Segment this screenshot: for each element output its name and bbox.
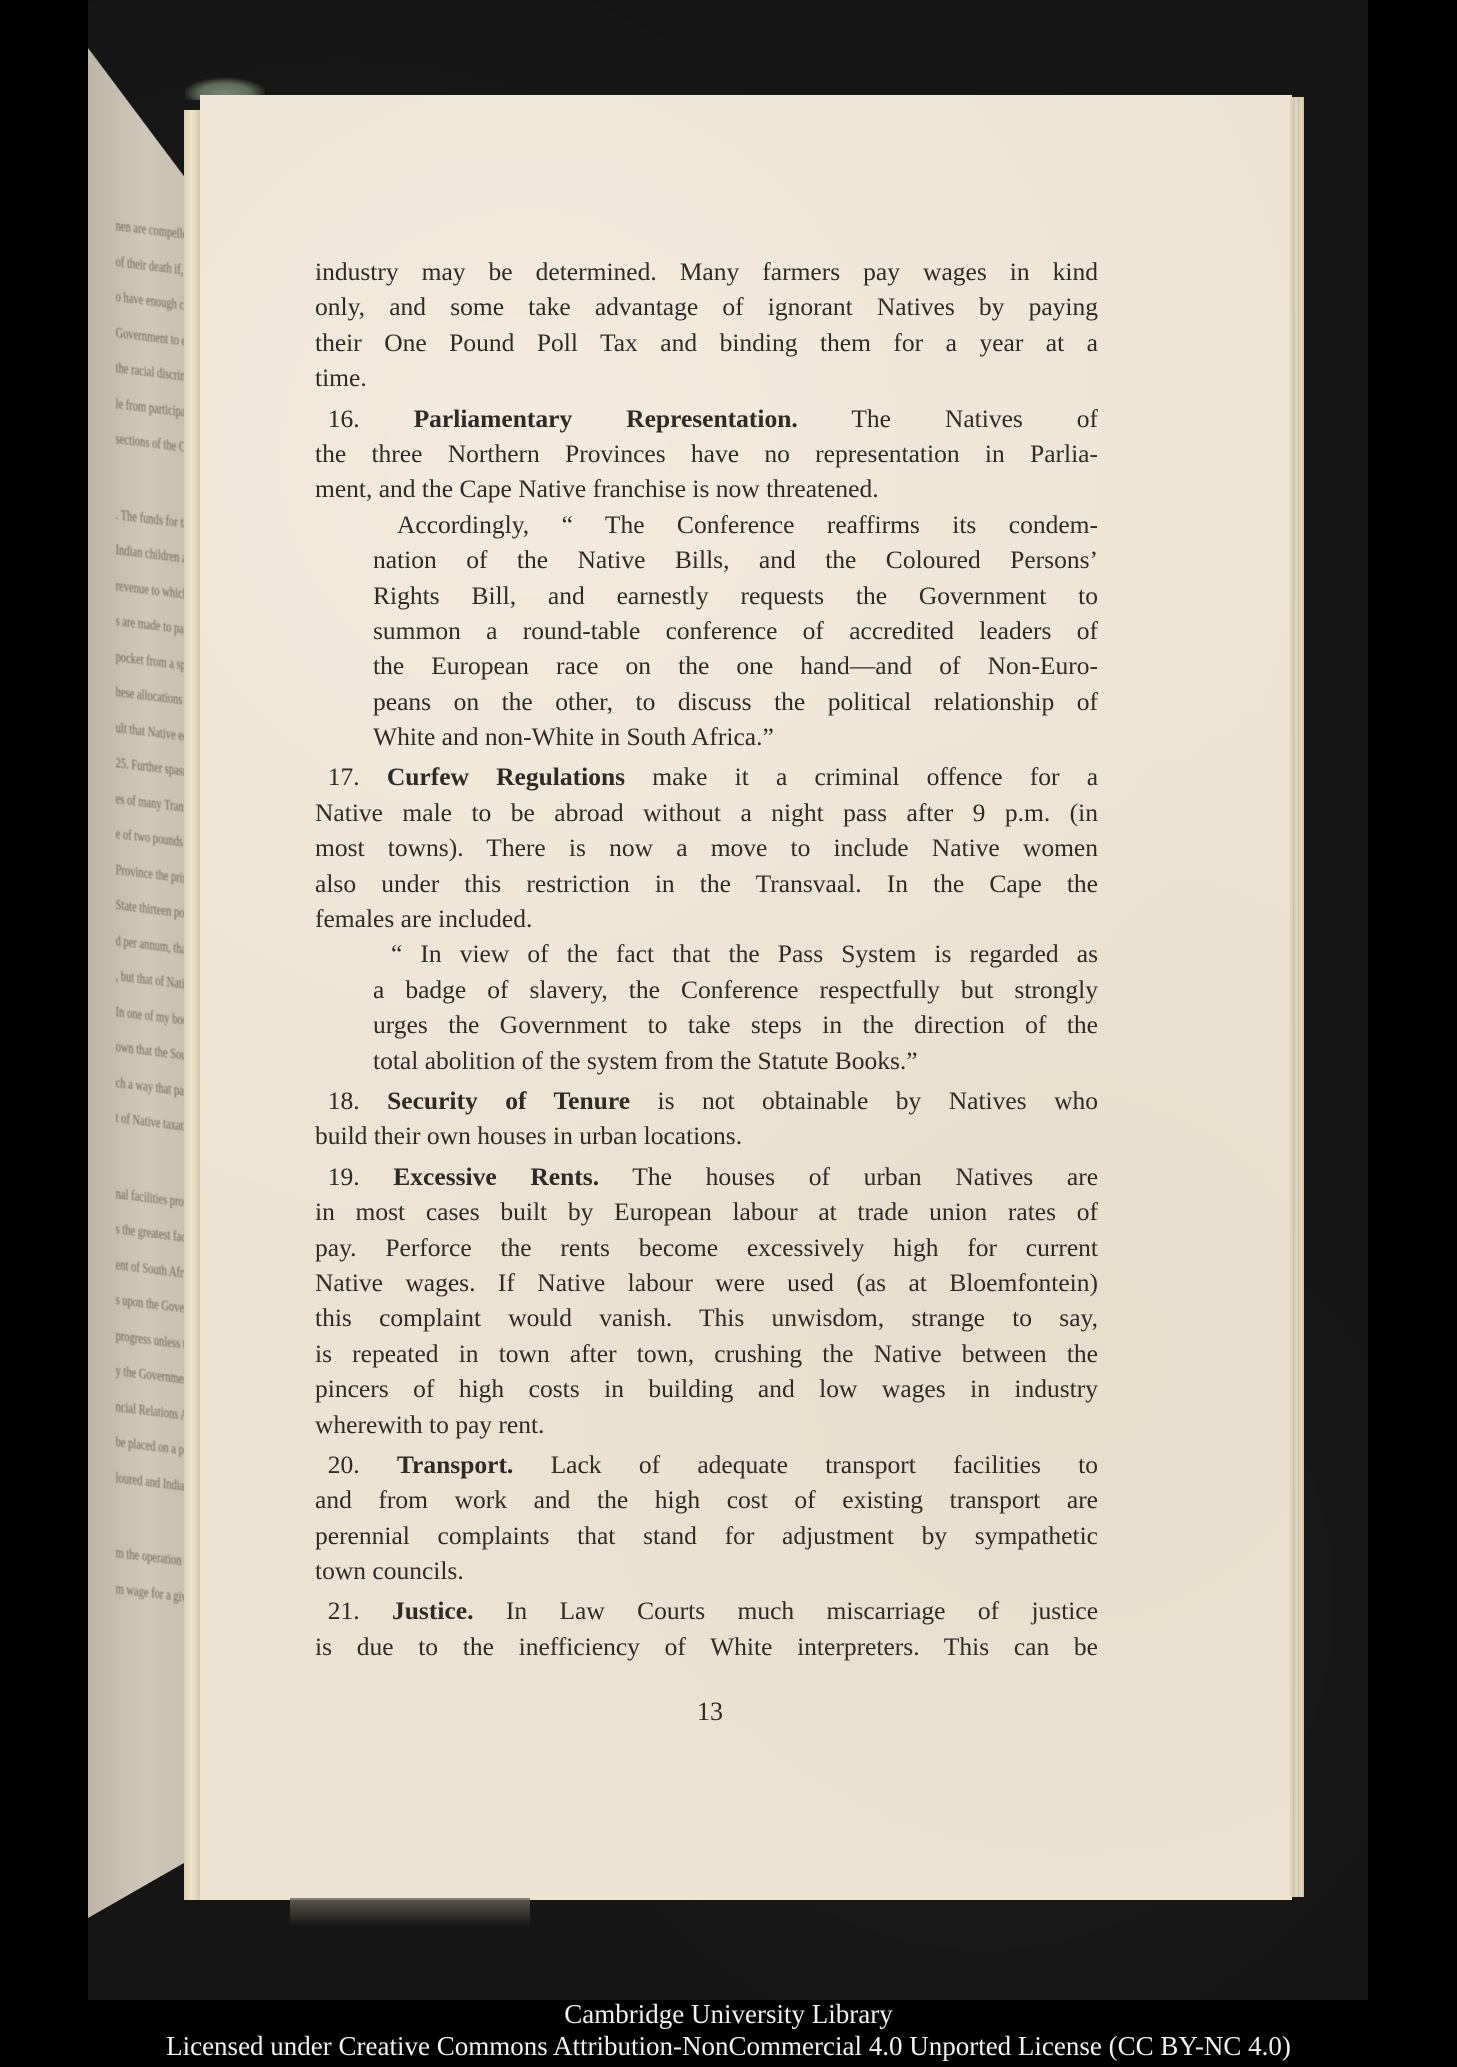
facing-page-text-line: Indian children are [116, 542, 180, 567]
quote-line: White and non-White in South Africa.” [373, 719, 1098, 754]
paragraph-number: 16. [328, 404, 360, 433]
text-line: is repeated in town after town, crushing… [315, 1336, 1098, 1371]
facing-page-text-line: y the Government to [116, 1363, 180, 1388]
page-shadow [290, 1898, 530, 1926]
text-line: also under this restriction in the Trans… [315, 866, 1098, 901]
page-body-text: industry may be determined. Many farmers… [315, 254, 1098, 1664]
text-line: town councils. [315, 1553, 1098, 1588]
text-line: only, and some take advantage of ignoran… [315, 289, 1098, 324]
paragraph-heading: Justice. [392, 1596, 473, 1625]
facing-page-text-line [116, 1505, 180, 1513]
facing-page-text-line: ent of South Africa. [116, 1257, 180, 1282]
text-line: perennial complaints that stand for adju… [315, 1518, 1098, 1553]
facing-page-text-line: s the greatest factor [116, 1221, 180, 1246]
paragraph-text: make it a criminal offence for a [652, 762, 1098, 791]
facing-page-text-line: sections of the Con- [116, 431, 180, 456]
paragraph-16: 16. Parliamentary Representation. The Na… [315, 401, 1098, 755]
paragraph-first-line: 17. Curfew Regulations make it a crimina… [315, 759, 1098, 794]
paragraph-text: In Law Courts much miscarriage of justic… [506, 1596, 1098, 1625]
text-line: pay. Perforce the rents become excessive… [315, 1230, 1098, 1265]
paragraph-number: 21. [328, 1596, 360, 1625]
text-line: Native wages. If Native labour were used… [315, 1265, 1098, 1300]
quote-line: the European race on the one hand—and of… [373, 648, 1098, 683]
paragraph-text: The houses of urban Natives are [632, 1162, 1098, 1191]
paragraph-first-line: 19. Excessive Rents. The houses of urban… [315, 1159, 1098, 1194]
text-line: is due to the inefficiency of White inte… [315, 1629, 1098, 1664]
text-line: this complaint would vanish. This unwisd… [315, 1300, 1098, 1335]
facing-page-text-line: s are made to pay for [116, 613, 180, 638]
paragraph-number: 17. [328, 762, 360, 791]
library-credit: Cambridge University Library [0, 1998, 1457, 2030]
paragraph-heading: Transport. [397, 1450, 513, 1479]
facing-page-text-line: m wage for a given [116, 1581, 180, 1606]
paragraph-first-line: 21. Justice. In Law Courts much miscarri… [315, 1593, 1098, 1628]
quote-line: Accordingly, “ The Conference reaffirms … [373, 507, 1098, 542]
quote-line: peans on the other, to discuss the polit… [373, 684, 1098, 719]
attribution-footer: Cambridge University Library Licensed un… [0, 1998, 1457, 2062]
facing-page-text-line [116, 467, 180, 475]
paragraph-21: 21. Justice. In Law Courts much miscarri… [315, 1593, 1098, 1664]
block-quote: Accordingly, “ The Conference reaffirms … [315, 507, 1098, 755]
text-line: the three Northern Provinces have no rep… [315, 436, 1098, 471]
paragraph-heading: Security of Tenure [387, 1086, 630, 1115]
facing-page-text-line: loured and Indian [116, 1470, 180, 1495]
facing-page-text-line: le from participating [116, 396, 180, 421]
paragraph-heading: Parliamentary Representation. [414, 404, 798, 433]
paragraph-heading: Curfew Regulations [387, 762, 625, 791]
facing-page-text-line: progress unless there [116, 1328, 180, 1353]
quote-line: urges the Government to take steps in th… [373, 1007, 1098, 1042]
paragraph-text: The Natives of [851, 404, 1098, 433]
quote-line: nation of the Native Bills, and the Colo… [373, 542, 1098, 577]
facing-page-text-line: ch a way that part of [116, 1075, 180, 1100]
page-edges [1290, 97, 1304, 1897]
facing-page-text-line: es of many Transvaal [116, 791, 180, 816]
text-line: their One Pound Poll Tax and binding the… [315, 325, 1098, 360]
facing-page-text-line: o have enough cattle, [116, 289, 180, 314]
paragraph-first-line: 16. Parliamentary Representation. The Na… [315, 401, 1098, 436]
quote-line: Rights Bill, and earnestly requests the … [373, 578, 1098, 613]
facing-page-text-line: the racial discrimi- [116, 360, 180, 385]
text-line: pincers of high costs in building and lo… [315, 1371, 1098, 1406]
facing-page-text-line: 25. Further spasm- [116, 755, 180, 780]
paragraph-text: is not obtainable by Natives who [658, 1086, 1099, 1115]
facing-page-text-line: State thirteen pounds [116, 897, 180, 922]
facing-page-text-line: pocket from a special [116, 649, 180, 674]
text-line: females are included. [315, 901, 1098, 936]
paragraph-17: 17. Curfew Regulations make it a crimina… [315, 759, 1098, 1078]
facing-page-text-line: . The funds for the [116, 507, 180, 532]
facing-page-text-line: In one of my books [116, 1004, 180, 1029]
text-line: wherewith to pay rent. [315, 1407, 1098, 1442]
facing-page-text-line: own that the South [116, 1039, 180, 1064]
paragraph-20: 20. Transport. Lack of adequate transpor… [315, 1447, 1098, 1589]
text-line: and from work and the high cost of exist… [315, 1482, 1098, 1517]
block-quote: “ In view of the fact that the Pass Syst… [315, 936, 1098, 1078]
facing-page-text-line: d per annum, that of [116, 933, 180, 958]
paragraph-number: 18. [328, 1086, 360, 1115]
facing-page-text-line: s upon the Gover- [116, 1292, 180, 1317]
facing-page-text-line: ult that Native educ- [116, 720, 180, 745]
paragraph-heading: Excessive Rents. [393, 1162, 599, 1191]
text-line: most towns). There is now a move to incl… [315, 830, 1098, 865]
quote-line: a badge of slavery, the Conference respe… [373, 972, 1098, 1007]
facing-page-text-line: t of Native taxation. [116, 1110, 180, 1135]
paragraph-19: 19. Excessive Rents. The houses of urban… [315, 1159, 1098, 1442]
facing-page-text-line [116, 1146, 180, 1154]
facing-page-text-line: ncial Relations Act, [116, 1399, 180, 1424]
text-line: in most cases built by European labour a… [315, 1194, 1098, 1229]
license-notice: Licensed under Creative Commons Attribut… [0, 2030, 1457, 2062]
facing-page-text-line: , but that of Native [116, 968, 180, 993]
paragraph-18: 18. Security of Tenure is not obtainable… [315, 1083, 1098, 1154]
page-number: 13 [690, 1697, 730, 1727]
paragraph-first-line: 18. Security of Tenure is not obtainable… [315, 1083, 1098, 1118]
facing-page-text-line: Government to elim- [116, 325, 180, 350]
facing-page-text-line: revenue to which the [116, 578, 180, 603]
text-line: build their own houses in urban location… [315, 1118, 1098, 1153]
facing-page-text-line: e of two pounds as [116, 826, 180, 851]
facing-page: nen are compelled toof their death if, i… [88, 48, 186, 1918]
paragraph-number: 20. [328, 1450, 360, 1479]
text-line: Native male to be abroad without a night… [315, 795, 1098, 830]
paragraph-first-line: 20. Transport. Lack of adequate transpor… [315, 1447, 1098, 1482]
quote-line: “ In view of the fact that the Pass Syst… [373, 936, 1098, 971]
quote-line: summon a round-table conference of accre… [373, 613, 1098, 648]
text-line: industry may be determined. Many farmers… [315, 254, 1098, 289]
facing-page-text-line: m the operation of [116, 1545, 180, 1570]
quote-line: total abolition of the system from the S… [373, 1043, 1098, 1078]
facing-page-text-line: Province the primary [116, 862, 180, 887]
text-line: ment, and the Cape Native franchise is n… [315, 471, 1098, 506]
facing-page-text-line: of their death if, in the [116, 254, 180, 279]
facing-page-text-line: nen are compelled to [116, 218, 180, 243]
facing-page-text-line: hese allocations have [116, 684, 180, 709]
paragraph-text: Lack of adequate transport facilities to [551, 1450, 1098, 1479]
facing-page-text-line: nal facilities provided [116, 1186, 180, 1211]
paragraph-continuation: industry may be determined. Many farmers… [315, 254, 1098, 396]
text-line: time. [315, 360, 1098, 395]
facing-page-text-line: be placed on a per [116, 1434, 180, 1459]
paragraph-number: 19. [328, 1162, 360, 1191]
